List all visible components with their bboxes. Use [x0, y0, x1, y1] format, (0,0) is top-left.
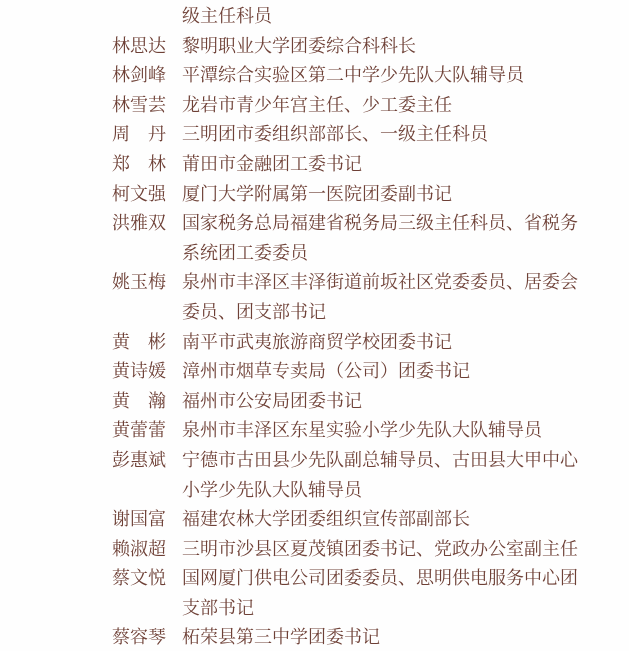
- position: 柘荣县第三中学团委书记: [182, 623, 629, 651]
- person-name: 柯文强: [112, 180, 166, 210]
- person-name: 黄蕾蕾: [112, 416, 166, 446]
- position-line: 柘荣县第三中学团委书记: [182, 623, 629, 651]
- position-line: 支部书记: [182, 594, 629, 624]
- person-name: 姚玉梅: [112, 268, 166, 298]
- person-name: 谢国富: [112, 505, 166, 535]
- position-line: 小学少先队大队辅导员: [182, 476, 629, 506]
- position: 莆田市金融团工委书记: [182, 150, 629, 180]
- roster-row: 姚玉梅泉州市丰泽区丰泽街道前坂社区党委委员、居委会委员、团支部书记: [0, 268, 629, 327]
- position-line: 委员、团支部书记: [182, 298, 629, 328]
- roster-row: 黄蕾蕾泉州市丰泽区东星实验小学少先队大队辅导员: [0, 416, 629, 446]
- position-line: 南平市武夷旅游商贸学校团委书记: [182, 328, 629, 358]
- position-line: 平潭综合实验区第二中学少先队大队辅导员: [182, 61, 629, 91]
- position-line: 福州市公安局团委书记: [182, 387, 629, 417]
- roster-row: 谢国富福建农林大学团委组织宣传部副部长: [0, 505, 629, 535]
- roster-row: 蔡容琴柘荣县第三中学团委书记: [0, 623, 629, 651]
- person-name: 郑 林: [112, 150, 166, 180]
- position: 黎明职业大学团委综合科科长: [182, 32, 629, 62]
- person-name: 黄 彬: [112, 328, 166, 358]
- person-name: 蔡文悦: [112, 564, 166, 594]
- roster-row: 黄诗媛漳州市烟草专卖局（公司）团委书记: [0, 357, 629, 387]
- roster-row: 林雪芸龙岩市青少年宫主任、少工委主任: [0, 91, 629, 121]
- person-name: 林雪芸: [112, 91, 166, 121]
- roster-row: 级主任科员: [0, 2, 629, 32]
- roster-row: 黄 瀚福州市公安局团委书记: [0, 387, 629, 417]
- position: 三明团市委组织部部长、一级主任科员: [182, 120, 629, 150]
- position-line: 黎明职业大学团委综合科科长: [182, 32, 629, 62]
- roster-row: 周 丹三明团市委组织部部长、一级主任科员: [0, 120, 629, 150]
- position-line: 漳州市烟草专卖局（公司）团委书记: [182, 357, 629, 387]
- position: 国网厦门供电公司团委委员、思明供电服务中心团支部书记: [182, 564, 629, 623]
- position-line: 厦门大学附属第一医院团委副书记: [182, 180, 629, 210]
- roster-list: 级主任科员林思达黎明职业大学团委综合科科长林剑峰平潭综合实验区第二中学少先队大队…: [0, 0, 629, 651]
- position: 龙岩市青少年宫主任、少工委主任: [182, 91, 629, 121]
- roster-row: 黄 彬南平市武夷旅游商贸学校团委书记: [0, 328, 629, 358]
- position: 福州市公安局团委书记: [182, 387, 629, 417]
- roster-row: 洪雅双国家税务总局福建省税务局三级主任科员、省税务系统团工委委员: [0, 209, 629, 268]
- person-name: 林思达: [112, 32, 166, 62]
- position-line: 系统团工委委员: [182, 239, 629, 269]
- position: 厦门大学附属第一医院团委副书记: [182, 180, 629, 210]
- position: 泉州市丰泽区东星实验小学少先队大队辅导员: [182, 416, 629, 446]
- position: 平潭综合实验区第二中学少先队大队辅导员: [182, 61, 629, 91]
- position: 漳州市烟草专卖局（公司）团委书记: [182, 357, 629, 387]
- position: 国家税务总局福建省税务局三级主任科员、省税务系统团工委委员: [182, 209, 629, 268]
- position-line: 泉州市丰泽区丰泽街道前坂社区党委委员、居委会: [182, 268, 629, 298]
- position-line: 泉州市丰泽区东星实验小学少先队大队辅导员: [182, 416, 629, 446]
- document-page: 级主任科员林思达黎明职业大学团委综合科科长林剑峰平潭综合实验区第二中学少先队大队…: [0, 0, 629, 651]
- position-line: 龙岩市青少年宫主任、少工委主任: [182, 91, 629, 121]
- position: 宁德市古田县少先队副总辅导员、古田县大甲中心小学少先队大队辅导员: [182, 446, 629, 505]
- person-name: 洪雅双: [112, 209, 166, 239]
- person-name: 周 丹: [112, 120, 166, 150]
- person-name: 彭惠斌: [112, 446, 166, 476]
- position: 泉州市丰泽区丰泽街道前坂社区党委委员、居委会委员、团支部书记: [182, 268, 629, 327]
- roster-row: 蔡文悦国网厦门供电公司团委委员、思明供电服务中心团支部书记: [0, 564, 629, 623]
- person-name: 黄诗媛: [112, 357, 166, 387]
- person-name: 赖淑超: [112, 535, 166, 565]
- position-line: 福建农林大学团委组织宣传部副部长: [182, 505, 629, 535]
- position: 福建农林大学团委组织宣传部副部长: [182, 505, 629, 535]
- position-line: 级主任科员: [182, 2, 629, 32]
- position-line: 国网厦门供电公司团委委员、思明供电服务中心团: [182, 564, 629, 594]
- person-name: 林剑峰: [112, 61, 166, 91]
- position-line: 国家税务总局福建省税务局三级主任科员、省税务: [182, 209, 629, 239]
- roster-row: 赖淑超三明市沙县区夏茂镇团委书记、党政办公室副主任: [0, 535, 629, 565]
- position: 级主任科员: [182, 2, 629, 32]
- roster-row: 林剑峰平潭综合实验区第二中学少先队大队辅导员: [0, 61, 629, 91]
- position-line: 莆田市金融团工委书记: [182, 150, 629, 180]
- roster-row: 柯文强厦门大学附属第一医院团委副书记: [0, 180, 629, 210]
- position-line: 三明市沙县区夏茂镇团委书记、党政办公室副主任: [182, 535, 629, 565]
- position-line: 宁德市古田县少先队副总辅导员、古田县大甲中心: [182, 446, 629, 476]
- position: 三明市沙县区夏茂镇团委书记、党政办公室副主任: [182, 535, 629, 565]
- roster-row: 林思达黎明职业大学团委综合科科长: [0, 32, 629, 62]
- roster-row: 彭惠斌宁德市古田县少先队副总辅导员、古田县大甲中心小学少先队大队辅导员: [0, 446, 629, 505]
- person-name: 蔡容琴: [112, 623, 166, 651]
- position: 南平市武夷旅游商贸学校团委书记: [182, 328, 629, 358]
- person-name: 黄 瀚: [112, 387, 166, 417]
- position-line: 三明团市委组织部部长、一级主任科员: [182, 120, 629, 150]
- roster-row: 郑 林莆田市金融团工委书记: [0, 150, 629, 180]
